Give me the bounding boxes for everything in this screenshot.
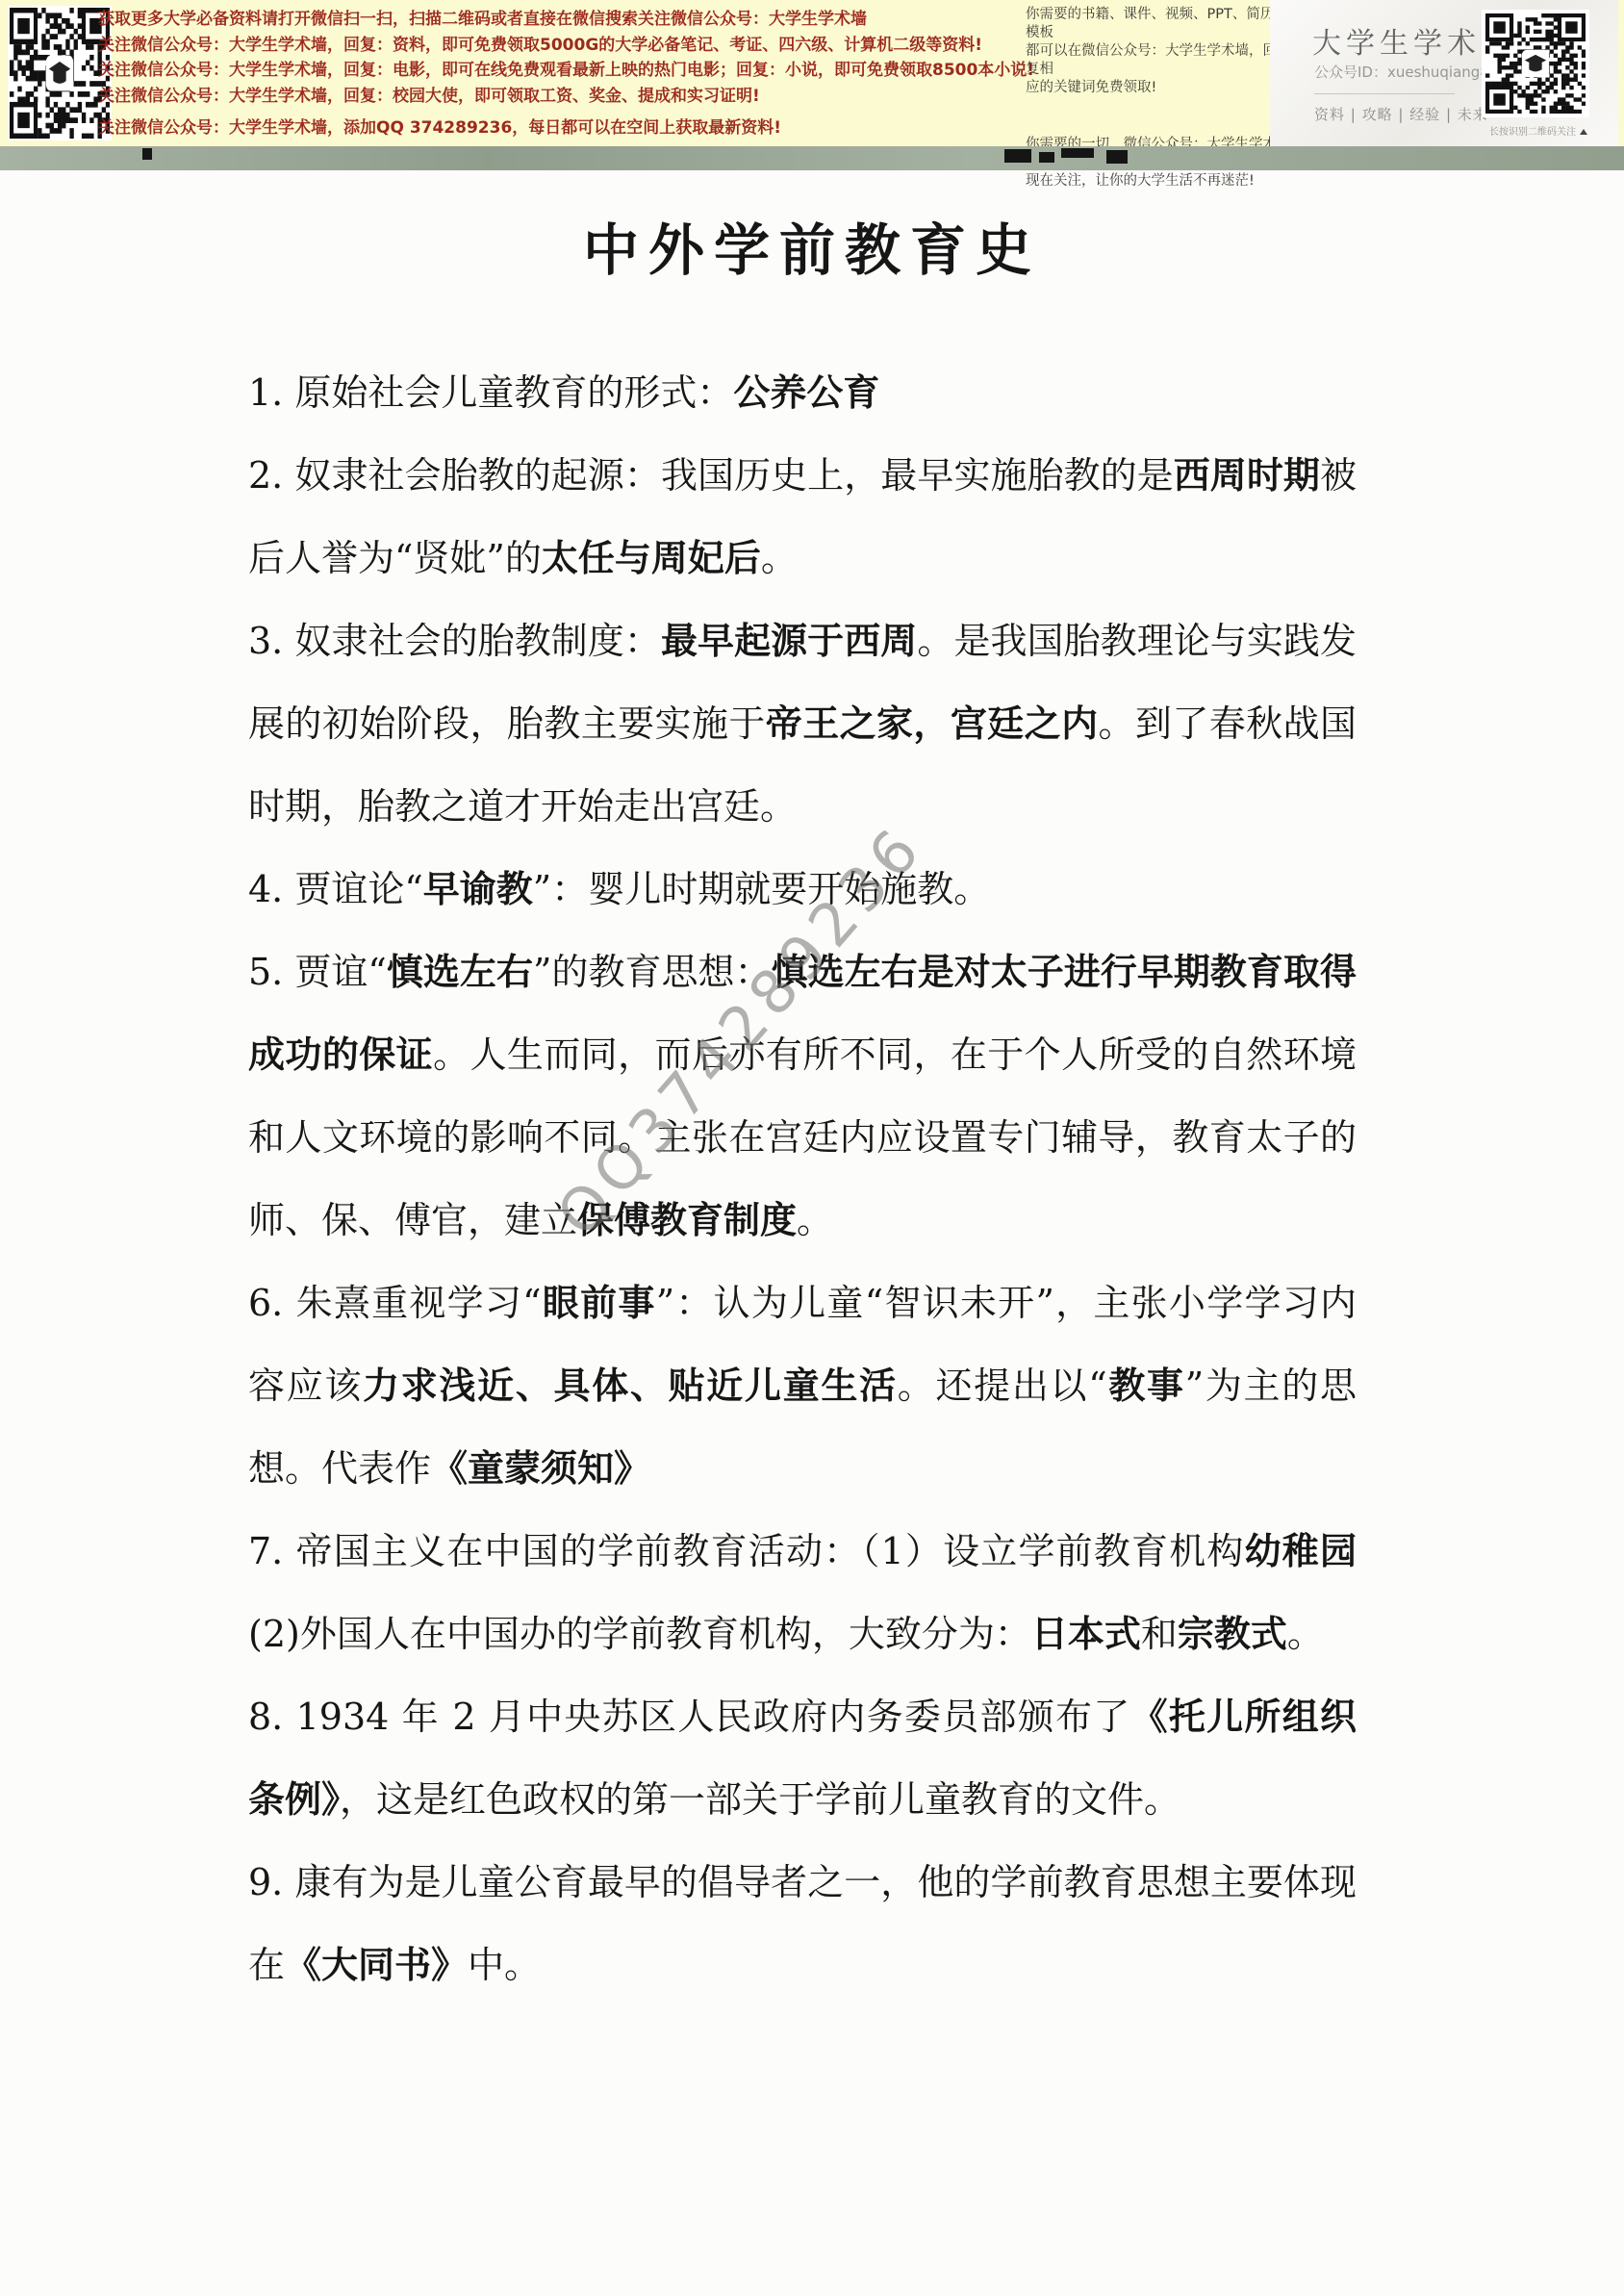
official-account-card: 大学生学术墙 公众号ID：xueshuqiang8888 资料 | 攻略 | 经… <box>1270 0 1618 146</box>
wechat-qr-code-right-icon <box>1482 10 1589 117</box>
promo-line: 获取更多大学必备资料请打开微信扫一扫，扫描二维码或者直接在微信搜索关注微信公众号… <box>98 7 1027 33</box>
side-info-line: 应的关键词免费领取! <box>1026 79 1278 97</box>
document-paragraph: 9. 康有为是儿童公育最早的倡导者之一，他的学前教育思想主要体现在《大同书》中。 <box>248 1841 1357 2006</box>
document-paragraph: 8. 1934 年 2 月中央苏区人民政府内务委员部颁布了《托儿所组织条例》，这… <box>248 1675 1357 1841</box>
promo-text-lines: 获取更多大学必备资料请打开微信扫一扫，扫描二维码或者直接在微信搜索关注微信公众号… <box>98 7 1027 141</box>
document-paragraph: 7. 帝国主义在中国的学前教育活动：（1）设立学前教育机构幼稚园(2)外国人在中… <box>248 1510 1357 1675</box>
promo-banner: 获取更多大学必备资料请打开微信扫一扫，扫描二维码或者直接在微信搜索关注微信公众号… <box>0 0 1624 146</box>
scan-artifact <box>1061 148 1094 158</box>
document-page: 获取更多大学必备资料请打开微信扫一扫，扫描二维码或者直接在微信搜索关注微信公众号… <box>0 0 1624 2296</box>
promo-line: 关注微信公众号：大学生学术墙，添加QQ 374289236，每日都可以在空间上获… <box>98 115 1027 141</box>
document-paragraph: 3. 奴隶社会的胎教制度：最早起源于西周。是我国胎教理论与实践发展的初始阶段，胎… <box>248 600 1357 848</box>
account-tags: 资料 | 攻略 | 经验 | 未来 <box>1314 104 1488 124</box>
document-paragraph: 2. 奴隶社会胎教的起源：我国历史上，最早实施胎教的是西周时期被后人誉为“贤妣”… <box>248 434 1357 600</box>
promo-line: 关注微信公众号：大学生学术墙，回复：电影，即可在线免费观看最新上映的热门电影；回… <box>98 58 1027 84</box>
promo-line: 关注微信公众号：大学生学术墙，回复：资料，即可免费领取5000G的大学必备笔记、… <box>98 33 1027 59</box>
document-paragraph: 5. 贾谊“慎选左右”的教育思想：慎选左右是对太子进行早期教育取得成功的保证。人… <box>248 931 1357 1262</box>
divider-strip <box>0 146 1624 170</box>
card-divider <box>1314 93 1455 94</box>
document-paragraph: 1. 原始社会儿童教育的形式：公养公育 <box>248 351 1357 434</box>
side-info-line: 你需要的书籍、课件、视频、PPT、简历模板 <box>1026 6 1278 42</box>
scan-artifact <box>1004 149 1031 163</box>
scan-artifact <box>1039 152 1054 163</box>
scan-artifact <box>142 148 152 160</box>
document-body: 中外学前教育史 1. 原始社会儿童教育的形式：公养公育2. 奴隶社会胎教的起源：… <box>0 170 1624 2006</box>
wechat-qr-code-left-icon <box>8 6 112 140</box>
document-paragraph: 6. 朱熹重视学习“眼前事”：认为儿童“智识未开”，主张小学学习内容应该力求浅近… <box>248 1262 1357 1510</box>
qr-caption: 长按识别二维码关注 <box>1489 123 1587 138</box>
side-info-line: 都可以在微信公众号：大学生学术墙，回复相 <box>1026 42 1278 79</box>
notes-list: 1. 原始社会儿童教育的形式：公养公育2. 奴隶社会胎教的起源：我国历史上，最早… <box>0 351 1624 2006</box>
scan-artifact <box>1106 150 1128 164</box>
document-paragraph: 4. 贾谊论“早谕教”：婴儿时期就要开始施教。 <box>248 848 1357 931</box>
promo-line: 关注微信公众号：大学生学术墙，回复：校园大使，即可领取工资、奖金、提成和实习证明… <box>98 84 1027 110</box>
page-title: 中外学前教育史 <box>0 205 1624 286</box>
side-info-block: 你需要的书籍、课件、视频、PPT、简历模板 都可以在微信公众号：大学生学术墙，回… <box>1026 6 1278 97</box>
arrow-up-icon <box>1580 129 1587 135</box>
